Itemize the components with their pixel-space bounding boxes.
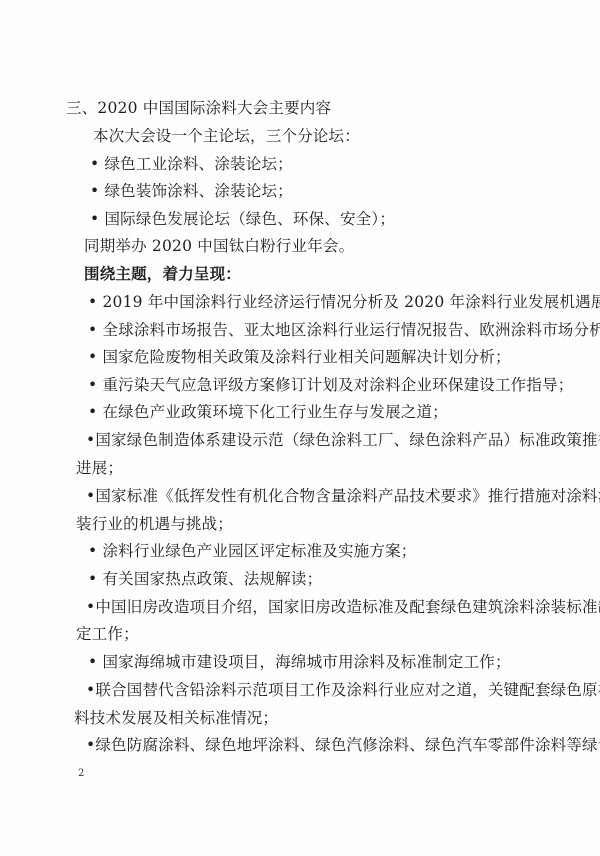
theme-item: • 在绿色产业政策环境下化工行业生存与发展之道； [88,402,448,422]
theme-item: •中国旧房改造项目介绍，国家旧房改造标准及配套绿色建筑涂料涂装标准制 [86,597,600,617]
section-heading: 三、2020 中国国际涂料大会主要内容 [66,98,331,118]
theme-item-continuation: 定工作； [76,624,139,644]
theme-item-continuation: 料技术发展及相关标准情况； [74,708,278,728]
theme-item: • 涂料行业绿色产业园区评定标准及实施方案； [88,541,416,561]
theme-item: • 2019 年中国涂料行业经济运行情况分析及 2020 年涂料行业发展机遇展望… [88,292,600,312]
themes-heading: 围绕主题，着力呈现： [84,264,241,284]
forum-item: • 绿色工业涂料、涂装论坛； [90,154,293,174]
theme-item-continuation: 进展； [76,458,123,478]
theme-item-continuation: 装行业的机遇与挑战； [76,514,233,534]
theme-item: •国家标准《低挥发性有机化合物含量涂料产品技术要求》推行措施对涂料涂 [86,486,600,506]
theme-item: • 国家危险废物相关政策及涂料行业相关问题解决计划分析； [88,347,511,367]
theme-item: • 重污染天气应急评级方案修订计划及对涂料企业环保建设工作指导； [88,375,573,395]
intro-text: 本次大会设一个主论坛，三个分论坛： [93,126,360,146]
concurrent-event-text: 同期举办 2020 中国钛白粉行业年会。 [84,236,354,256]
document-page: 三、2020 中国国际涂料大会主要内容 本次大会设一个主论坛，三个分论坛： • … [0,0,600,856]
theme-item: • 有关国家热点政策、法规解读； [88,569,322,589]
theme-item: •国家绿色制造体系建设示范（绿色涂料工厂、绿色涂料产品）标准政策推行 [86,430,600,450]
theme-item: •绿色防腐涂料、绿色地坪涂料、绿色汽修涂料、绿色汽车零部件涂料等绿色 [86,735,600,755]
forum-item: • 绿色装饰涂料、涂装论坛； [90,181,293,201]
theme-item: •联合国替代含铅涂料示范项目工作及涂料行业应对之道，关键配套绿色原材 [86,680,600,700]
theme-item: • 全球涂料市场报告、亚太地区涂料行业运行情况报告、欧洲涂料市场分析； [88,320,600,340]
forum-item: • 国际绿色发展论坛（绿色、环保、安全）； [90,209,395,229]
theme-item: • 国家海绵城市建设项目，海绵城市用涂料及标准制定工作； [88,652,511,672]
page-number: 2 [78,768,84,779]
